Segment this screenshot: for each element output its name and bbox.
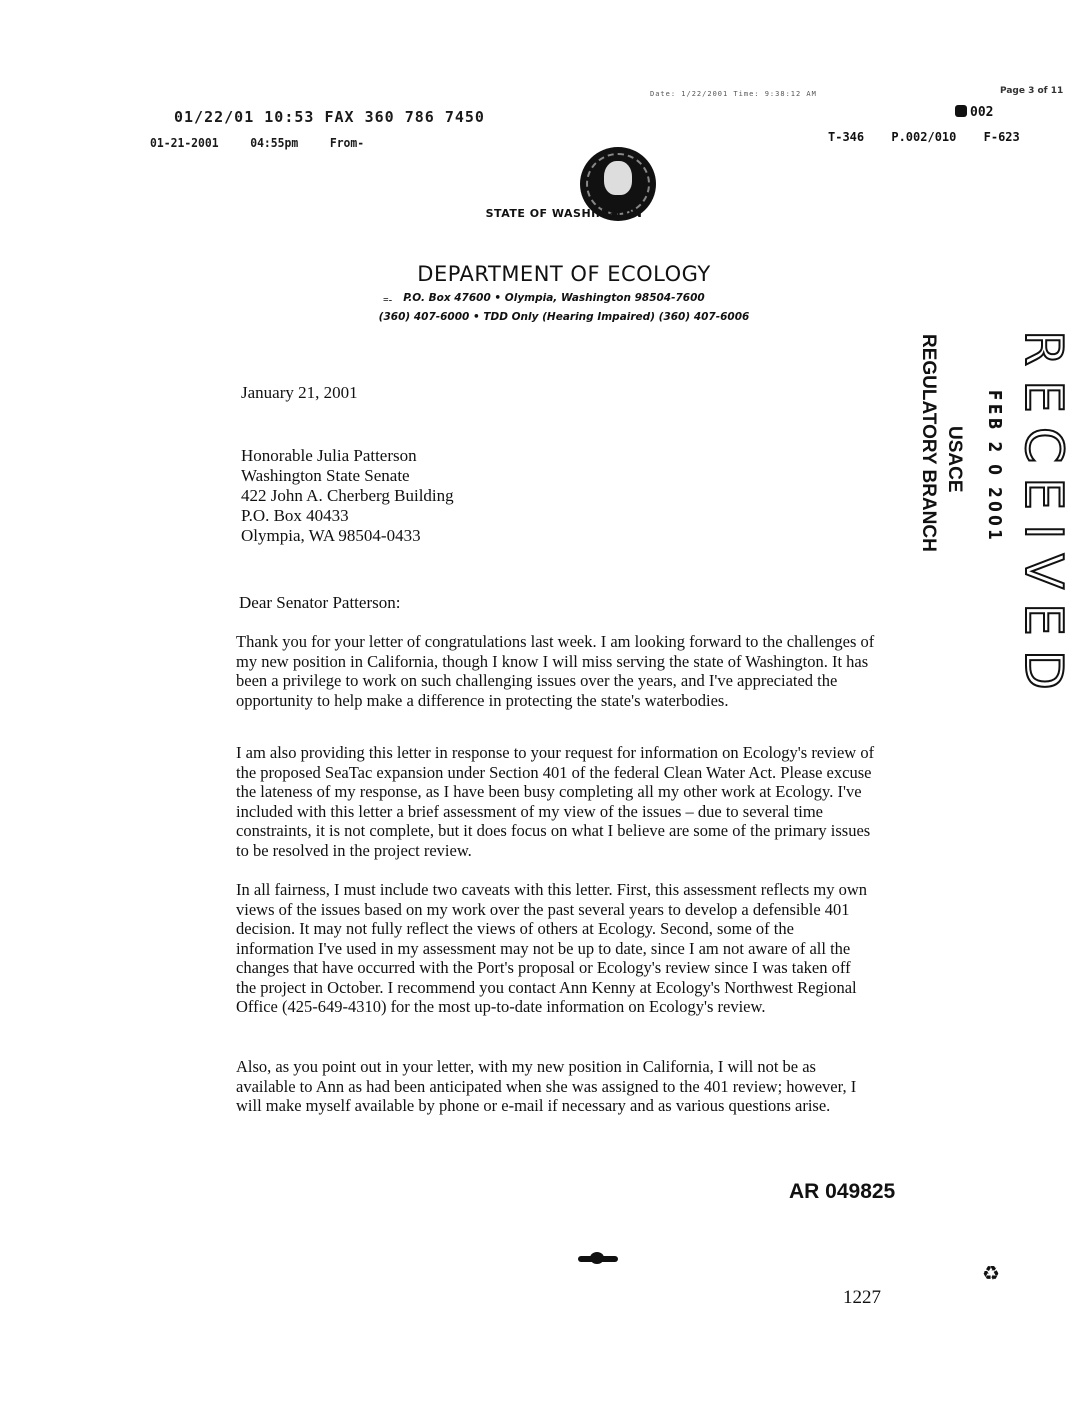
- paragraph-line: decision. It may not fully reflect the v…: [236, 919, 976, 939]
- salutation: Dear Senator Patterson:: [239, 593, 400, 613]
- department-name: DEPARTMENT OF ECOLOGY: [417, 262, 710, 286]
- transmission-codes: T-346 P.002/010 F-623: [828, 130, 1040, 144]
- paragraph-line: the proposed SeaTac expansion under Sect…: [236, 763, 976, 783]
- paragraph-line: been a privilege to work on such challen…: [236, 671, 976, 691]
- letterhead-address: P.O. Box 47600 • Olympia, Washington 985…: [0, 292, 1088, 304]
- paragraph-line: to be resolved in the project review.: [236, 841, 976, 861]
- paragraph-3: In all fairness, I must include two cave…: [236, 880, 976, 1017]
- recipient-line: Honorable Julia Patterson: [241, 446, 454, 466]
- paragraph-line: Thank you for your letter of congratulat…: [236, 632, 976, 652]
- paragraph-line: constraints, it is not complete, but it …: [236, 821, 976, 841]
- letterhead-department: DEPARTMENT OF ECOLOGY: [0, 262, 1088, 286]
- paragraph-1: Thank you for your letter of congratulat…: [236, 632, 976, 710]
- paragraph-line: I am also providing this letter in respo…: [236, 743, 976, 763]
- received-stamp: RECEIVED FEB 2 0 2001 USACE REGULATORY B…: [905, 330, 1085, 590]
- letter-date: January 21, 2001: [241, 383, 358, 403]
- page-of-indicator: Page 3 of 11: [1000, 86, 1063, 96]
- paragraph-line: will make myself available by phone or e…: [236, 1096, 976, 1116]
- paragraph-4: Also, as you point out in your letter, w…: [236, 1057, 976, 1116]
- paragraph-line: the project in October. I recommend you …: [236, 978, 976, 998]
- faded-fax-timestamp: Date: 1/22/2001 Time: 9:38:12 AM: [650, 90, 817, 98]
- page-number: 1227: [843, 1287, 881, 1309]
- received-branch: REGULATORY BRANCH: [917, 334, 939, 552]
- fax-page-counter: 002: [955, 105, 993, 120]
- fax-time: 04:55pm: [250, 136, 298, 150]
- fax-header-line-2: 01-21-2001 04:55pm From-: [150, 136, 389, 150]
- recipient-line: Olympia, WA 98504-0433: [241, 526, 454, 546]
- paragraph-2: I am also providing this letter in respo…: [236, 743, 976, 860]
- state-name: STATE OF WASHINGTON: [486, 207, 643, 220]
- transmission-page: P.002/010: [891, 130, 956, 144]
- letterhead-phone: (360) 407-6000 • TDD Only (Hearing Impai…: [0, 311, 1088, 323]
- received-org: USACE: [943, 426, 965, 493]
- printer-mark-icon: [578, 1256, 618, 1262]
- paragraph-line: the lateness of my response, as I have b…: [236, 782, 976, 802]
- paragraph-line: included with this letter a brief assess…: [236, 802, 976, 822]
- paragraph-line: Also, as you point out in your letter, w…: [236, 1057, 976, 1077]
- paragraph-line: changes that have occurred with the Port…: [236, 958, 976, 978]
- transmission-id: T-346: [828, 130, 864, 144]
- paragraph-line: available to Ann as had been anticipated…: [236, 1077, 976, 1097]
- fax-date: 01-21-2001: [150, 136, 219, 150]
- transmission-form: F-623: [984, 130, 1020, 144]
- recipient-line: 422 John A. Cherberg Building: [241, 486, 454, 506]
- administrative-record-number: AR 049825: [789, 1180, 895, 1204]
- fax-machine-icon: [955, 105, 967, 117]
- recycle-icon: ♻: [982, 1261, 1000, 1285]
- paragraph-line: my new position in California, though I …: [236, 652, 976, 672]
- received-label: RECEIVED: [1013, 330, 1073, 704]
- fax-page-number: 002: [970, 105, 993, 120]
- letterhead-state: STATE OF WASHINGTON: [0, 207, 1088, 220]
- paragraph-line: In all fairness, I must include two cave…: [236, 880, 976, 900]
- recipient-line: P.O. Box 40433: [241, 506, 454, 526]
- paragraph-line: views of the issues based on my work ove…: [236, 900, 976, 920]
- paragraph-line: information I've used in my assessment m…: [236, 939, 976, 959]
- department-address: P.O. Box 47600 • Olympia, Washington 985…: [403, 292, 704, 304]
- seal-portrait: [604, 161, 632, 195]
- paragraph-line: Office (425-649-4310) for the most up-to…: [236, 997, 976, 1017]
- paragraph-line: opportunity to help make a difference in…: [236, 691, 976, 711]
- fax-header-line-1: 01/22/01 10:53 FAX 360 786 7450: [174, 108, 485, 126]
- recipient-address: Honorable Julia Patterson Washington Sta…: [241, 446, 454, 546]
- recipient-line: Washington State Senate: [241, 466, 454, 486]
- department-phone: (360) 407-6000 • TDD Only (Hearing Impai…: [379, 311, 750, 323]
- received-date: FEB 2 0 2001: [984, 390, 1005, 543]
- fax-from: From-: [330, 136, 364, 150]
